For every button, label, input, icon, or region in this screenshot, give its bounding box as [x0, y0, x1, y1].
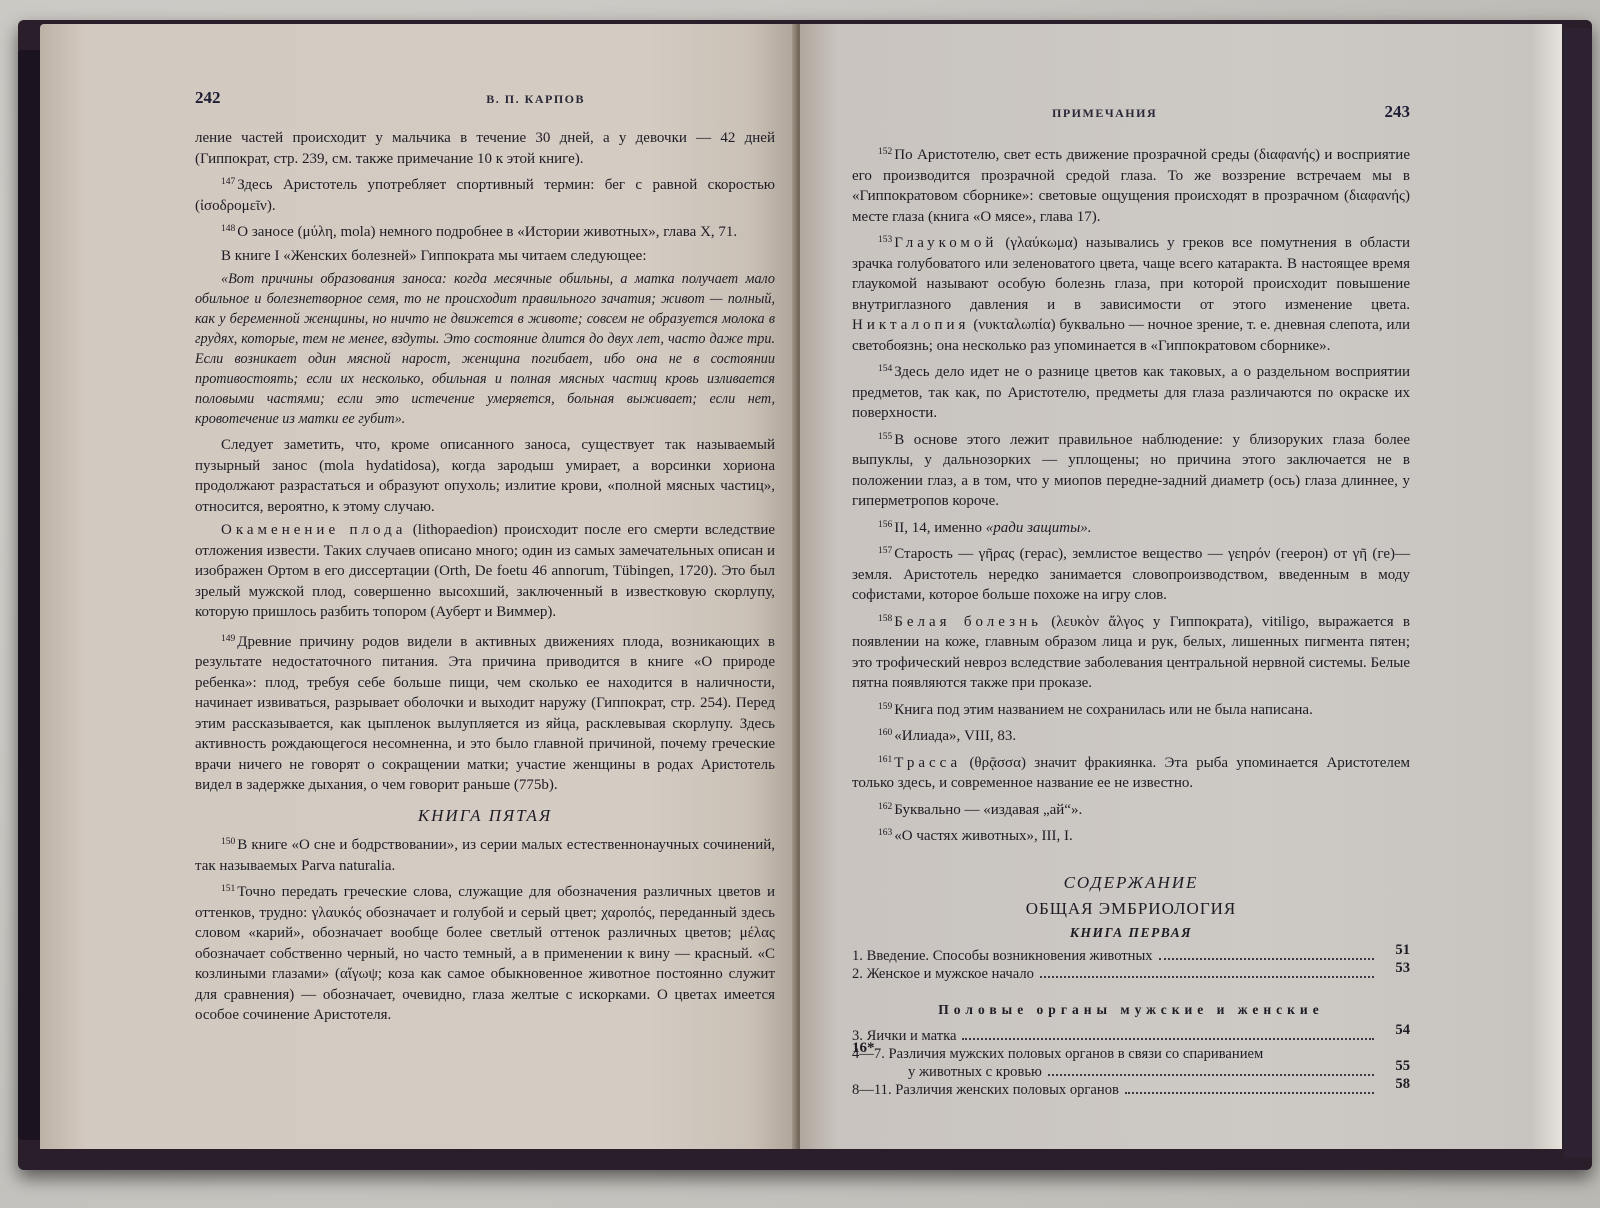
footnote-148: 148О заносе (μύλη, mola) немного подробн…	[195, 219, 775, 243]
toc-entry-label: 4—7. Различия мужских половых органов в …	[852, 1045, 1263, 1063]
note-number: 157	[878, 546, 892, 556]
page-number-left: 242	[195, 88, 221, 108]
leader-dots	[962, 1037, 1374, 1040]
note-text: «Илиада», VIII, 83.	[894, 728, 1016, 744]
note-text: Старость — γῆρας (герас), землистое веще…	[852, 546, 1410, 603]
toc-entry: 4—7. Различия мужских половых органов в …	[852, 1045, 1410, 1063]
section-header: ПРИМЕЧАНИЯ	[1052, 106, 1157, 121]
table-of-contents: СОДЕРЖАНИЕ ОБЩАЯ ЭМБРИОЛОГИЯ КНИГА ПЕРВА…	[852, 873, 1410, 1099]
note-text: Книга под этим названием не сохранилась …	[894, 702, 1313, 718]
note-number: 160	[878, 728, 892, 738]
note-text: Здесь дело идет не о разнице цветов как …	[852, 364, 1410, 421]
note-number: 159	[878, 702, 892, 712]
author-header: В. П. КАРПОВ	[486, 92, 585, 107]
spaced-term: Белая болезнь	[894, 614, 1042, 630]
section-heading: КНИГА ПЯТАЯ	[195, 806, 775, 827]
note-number: 148	[221, 224, 235, 234]
left-page: 242 В. П. КАРПОВ ление частей происходит…	[40, 24, 798, 1149]
toc-entry-label: 1. Введение. Способы возникновения живот…	[852, 947, 1153, 965]
paragraph: Окаменение плода (lithopaedion) происход…	[195, 520, 775, 623]
paragraph: ление частей происходит у мальчика в теч…	[195, 128, 775, 169]
left-running-head: 242 В. П. КАРПОВ	[195, 88, 775, 122]
toc-group-heading: Половые органы мужские и женские	[852, 1001, 1410, 1019]
footnote-151: 151Точно передать греческие слова, служа…	[195, 879, 775, 1026]
toc-entry-label: у животных с кровью	[852, 1063, 1042, 1081]
toc-entry: 8—11. Различия женских половых органов58	[852, 1081, 1410, 1099]
contents-book-title: КНИГА ПЕРВАЯ	[852, 925, 1410, 941]
printer-signature-mark: 16*	[852, 1040, 875, 1057]
toc-entry-label: 2. Женское и мужское начало	[852, 965, 1034, 983]
note-text: «О частях животных», III, I.	[894, 828, 1073, 844]
leader-dots	[1125, 1091, 1374, 1094]
right-running-head: ПРИМЕЧАНИЯ 243	[852, 102, 1410, 136]
note-number: 147	[221, 177, 235, 187]
note-italic: «ради защиты».	[986, 520, 1092, 536]
footnote-152: 152По Аристотелю, свет есть движение про…	[852, 142, 1410, 227]
note-number: 162	[878, 802, 892, 812]
note-text: О заносе (μύλη, mola) немного подробнее …	[237, 224, 737, 240]
note-number: 149	[221, 634, 235, 644]
note-number: 161	[878, 755, 892, 765]
note-text: II, 14, именно	[894, 520, 982, 536]
left-body-text: ление частей происходит у мальчика в теч…	[195, 128, 775, 1026]
spaced-term: Окаменение плода	[221, 522, 406, 538]
toc-entry: 3. Яички и матка54	[852, 1027, 1410, 1045]
toc-entry-label: 8—11. Различия женских половых органов	[852, 1081, 1119, 1099]
footnote-155: 155В основе этого лежит правильное наблю…	[852, 427, 1410, 512]
footnote-161: 161Трасса (θρᾷσσα) значит фракиянка. Эта…	[852, 750, 1410, 794]
footnote-156: 156II, 14, именно «ради защиты».	[852, 515, 1410, 539]
note-number: 158	[878, 614, 892, 624]
right-page: ПРИМЕЧАНИЯ 243 152По Аристотелю, свет ес…	[800, 24, 1562, 1149]
footnote-159: 159Книга под этим названием не сохранила…	[852, 697, 1410, 721]
spaced-term: Никталопия	[852, 317, 969, 333]
footnote-157: 157Старость — γῆρας (герас), землистое в…	[852, 541, 1410, 606]
note-number: 153	[878, 235, 892, 245]
note-text: По Аристотелю, свет есть движение прозра…	[852, 147, 1410, 225]
footnote-149: 149Древние причину родов видели в активн…	[195, 629, 775, 796]
note-text: Точно передать греческие слова, служащие…	[195, 884, 775, 1023]
paragraph: В книге I «Женских болезней» Гиппократа …	[195, 246, 775, 267]
cover-spine-right	[1564, 28, 1592, 1158]
note-text: Здесь Аристотель употребляет спортивный …	[195, 177, 775, 214]
footnote-153: 153Глаукомой (γλαύκωμα) назывались у гре…	[852, 230, 1410, 356]
note-number: 155	[878, 432, 892, 442]
footnote-147: 147Здесь Аристотель употребляет спортивн…	[195, 172, 775, 216]
note-text: Древние причину родов видели в активных …	[195, 634, 775, 794]
note-number: 163	[878, 828, 892, 838]
note-number: 154	[878, 364, 892, 374]
toc-entry-page: 53	[1395, 959, 1410, 977]
footnote-162: 162Буквально — «издавая „ай“».	[852, 797, 1410, 821]
note-number: 152	[878, 147, 892, 157]
leader-dots	[1048, 1073, 1374, 1076]
spaced-term: Трасса	[894, 755, 961, 771]
footnote-158: 158Белая болезнь (λευκὸν ἄλγος у Гиппокр…	[852, 609, 1410, 694]
footnote-160: 160«Илиада», VIII, 83.	[852, 723, 1410, 747]
toc-entry-page: 51	[1395, 941, 1410, 959]
note-number: 151	[221, 884, 235, 894]
toc-entry-page: 54	[1395, 1021, 1410, 1039]
right-body-text: 152По Аристотелю, свет есть движение про…	[852, 142, 1410, 847]
footnote-154: 154Здесь дело идет не о разнице цветов к…	[852, 359, 1410, 424]
footnote-163: 163«О частях животных», III, I.	[852, 823, 1410, 847]
leader-dots	[1040, 975, 1374, 978]
toc-entry: 1. Введение. Способы возникновения живот…	[852, 947, 1410, 965]
contents-part-title: ОБЩАЯ ЭМБРИОЛОГИЯ	[852, 899, 1410, 919]
contents-title: СОДЕРЖАНИЕ	[852, 873, 1410, 893]
leader-dots	[1159, 957, 1374, 960]
toc-entry-page: 55	[1395, 1057, 1410, 1075]
page-number-right: 243	[1385, 102, 1411, 122]
toc-entry: у животных с кровью55	[852, 1063, 1410, 1081]
note-text: В книге «О сне и бодрствовании», из сери…	[195, 837, 775, 874]
footnote-150: 150В книге «О сне и бодрствовании», из с…	[195, 832, 775, 876]
note-number: 150	[221, 837, 235, 847]
toc-entry: 2. Женское и мужское начало53	[852, 965, 1410, 983]
toc-entry-page: 58	[1395, 1075, 1410, 1093]
note-text: Буквально — «издавая „ай“».	[894, 802, 1082, 818]
hippocrates-quote: «Вот причины образования заноса: когда м…	[195, 269, 775, 429]
note-number: 156	[878, 520, 892, 530]
cover-spine-left	[18, 50, 40, 1140]
note-text: В основе этого лежит правильное наблюден…	[852, 432, 1410, 510]
spaced-term: Глаукомой	[894, 235, 997, 251]
paragraph: Следует заметить, что, кроме описанного …	[195, 435, 775, 517]
